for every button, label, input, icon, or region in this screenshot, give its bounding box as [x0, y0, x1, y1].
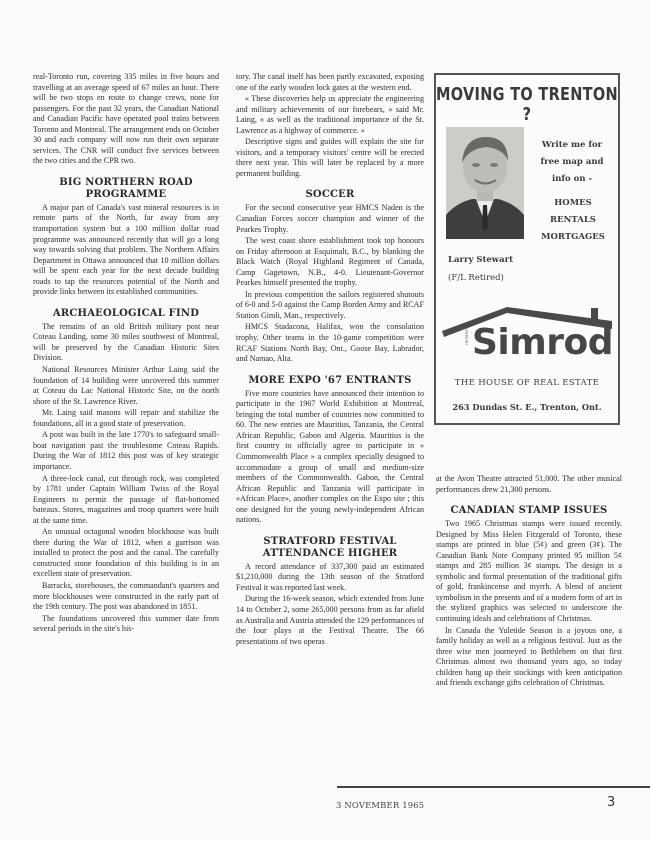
column-1: real-Toronto run, covering 335 miles in …	[33, 72, 219, 636]
ad-service-homes: HOMES	[532, 195, 614, 212]
article-paragraph: National Resources Minister Arthur Laing…	[33, 365, 219, 407]
article-paragraph: For the second consecutive year HMCS Nad…	[236, 203, 424, 235]
ad-service-rentals: RENTALS	[532, 212, 614, 229]
article-paragraph: An unusual octagonal wooden blockhouse w…	[33, 527, 219, 580]
headline-soccer: SOCCER	[236, 189, 424, 201]
headline-big-northern-road: BIG NORTHERN ROAD PROGRAMME	[33, 177, 219, 201]
simrod-logo: HERBERT Simrod	[442, 305, 614, 375]
article-paragraph: The west coast shore establishment took …	[236, 236, 424, 289]
article-paragraph: Barracks, storehouses, the commandant's …	[33, 581, 219, 613]
article-paragraph: Descriptive signs and guides will explai…	[236, 137, 424, 179]
article-paragraph: Five more countries have announced their…	[236, 389, 424, 526]
footer-rule	[337, 786, 650, 788]
agent-portrait-photo	[446, 127, 524, 239]
article-paragraph: Two 1965 Christmas stamps were issued re…	[436, 519, 622, 624]
article-paragraph: at the Avon Theatre attracted 51,000. Th…	[436, 474, 622, 495]
article-paragraph: A post was built in the late 1770's to s…	[33, 430, 219, 472]
article-paragraph: In previous competition the sailors regi…	[236, 290, 424, 322]
ad-write-line: free map and	[532, 154, 612, 171]
ad-call-to-action: Write me for free map and info on -	[532, 137, 612, 188]
issue-date: 3 NOVEMBER 1965	[336, 800, 424, 810]
article-paragraph: « These discoveries help us appreciate t…	[236, 94, 424, 136]
agent-rank: (F/L Retired)	[448, 273, 504, 283]
page-number: 3	[607, 795, 615, 810]
logo-small-text: HERBERT	[465, 327, 469, 345]
ad-address: 263 Dundas St. E., Trenton, Ont.	[436, 402, 618, 412]
ad-write-line: Write me for	[532, 137, 612, 154]
ad-headline: MOVING TO TRENTON ?	[436, 85, 618, 125]
article-paragraph: A record attendance of 337,300 paid an e…	[236, 562, 424, 594]
agent-name: Larry Stewart	[448, 255, 513, 265]
portrait-icon	[446, 127, 524, 239]
article-paragraph: HMCS Stadacona, Halifax, won the consola…	[236, 322, 424, 364]
column-3: at the Avon Theatre attracted 51,000. Th…	[436, 474, 622, 690]
article-paragraph: The foundations uncovered this summer da…	[33, 614, 219, 635]
ad-service-mortgages: MORTGAGES	[532, 229, 614, 246]
article-paragraph: The remains of an old British military p…	[33, 322, 219, 364]
headline-canadian-stamp-issues: CANADIAN STAMP ISSUES	[436, 505, 622, 517]
column-2: tory. The canal itself has been partly e…	[236, 72, 424, 648]
ad-services-list: HOMES RENTALS MORTGAGES	[532, 195, 614, 246]
article-paragraph: A three-lock canal, cut through rock, wa…	[33, 474, 219, 527]
headline-stratford-festival: STRATFORD FESTIVAL ATTENDANCE HIGHER	[236, 536, 424, 560]
real-estate-advertisement: MOVING TO TRENTON ? Write me for free ma…	[434, 73, 620, 425]
article-paragraph: Mr. Laing said masons will repair and st…	[33, 408, 219, 429]
ad-tagline: THE HOUSE OF REAL ESTATE	[436, 378, 618, 388]
article-paragraph: During the 16-week season, which extende…	[236, 594, 424, 647]
ad-write-line: info on -	[532, 171, 612, 188]
article-paragraph: A major part of Canada's vast mineral re…	[33, 203, 219, 298]
article-paragraph: tory. The canal itself has been partly e…	[236, 72, 424, 93]
article-continued-rail: real-Toronto run, covering 335 miles in …	[33, 72, 219, 167]
logo-wordmark: Simrod	[472, 323, 613, 363]
headline-expo-67: MORE EXPO '67 ENTRANTS	[236, 375, 424, 387]
article-paragraph: In Canada the Yuletide Season is a joyou…	[436, 626, 622, 689]
headline-archaeological-find: ARCHAEOLOGICAL FIND	[33, 308, 219, 320]
